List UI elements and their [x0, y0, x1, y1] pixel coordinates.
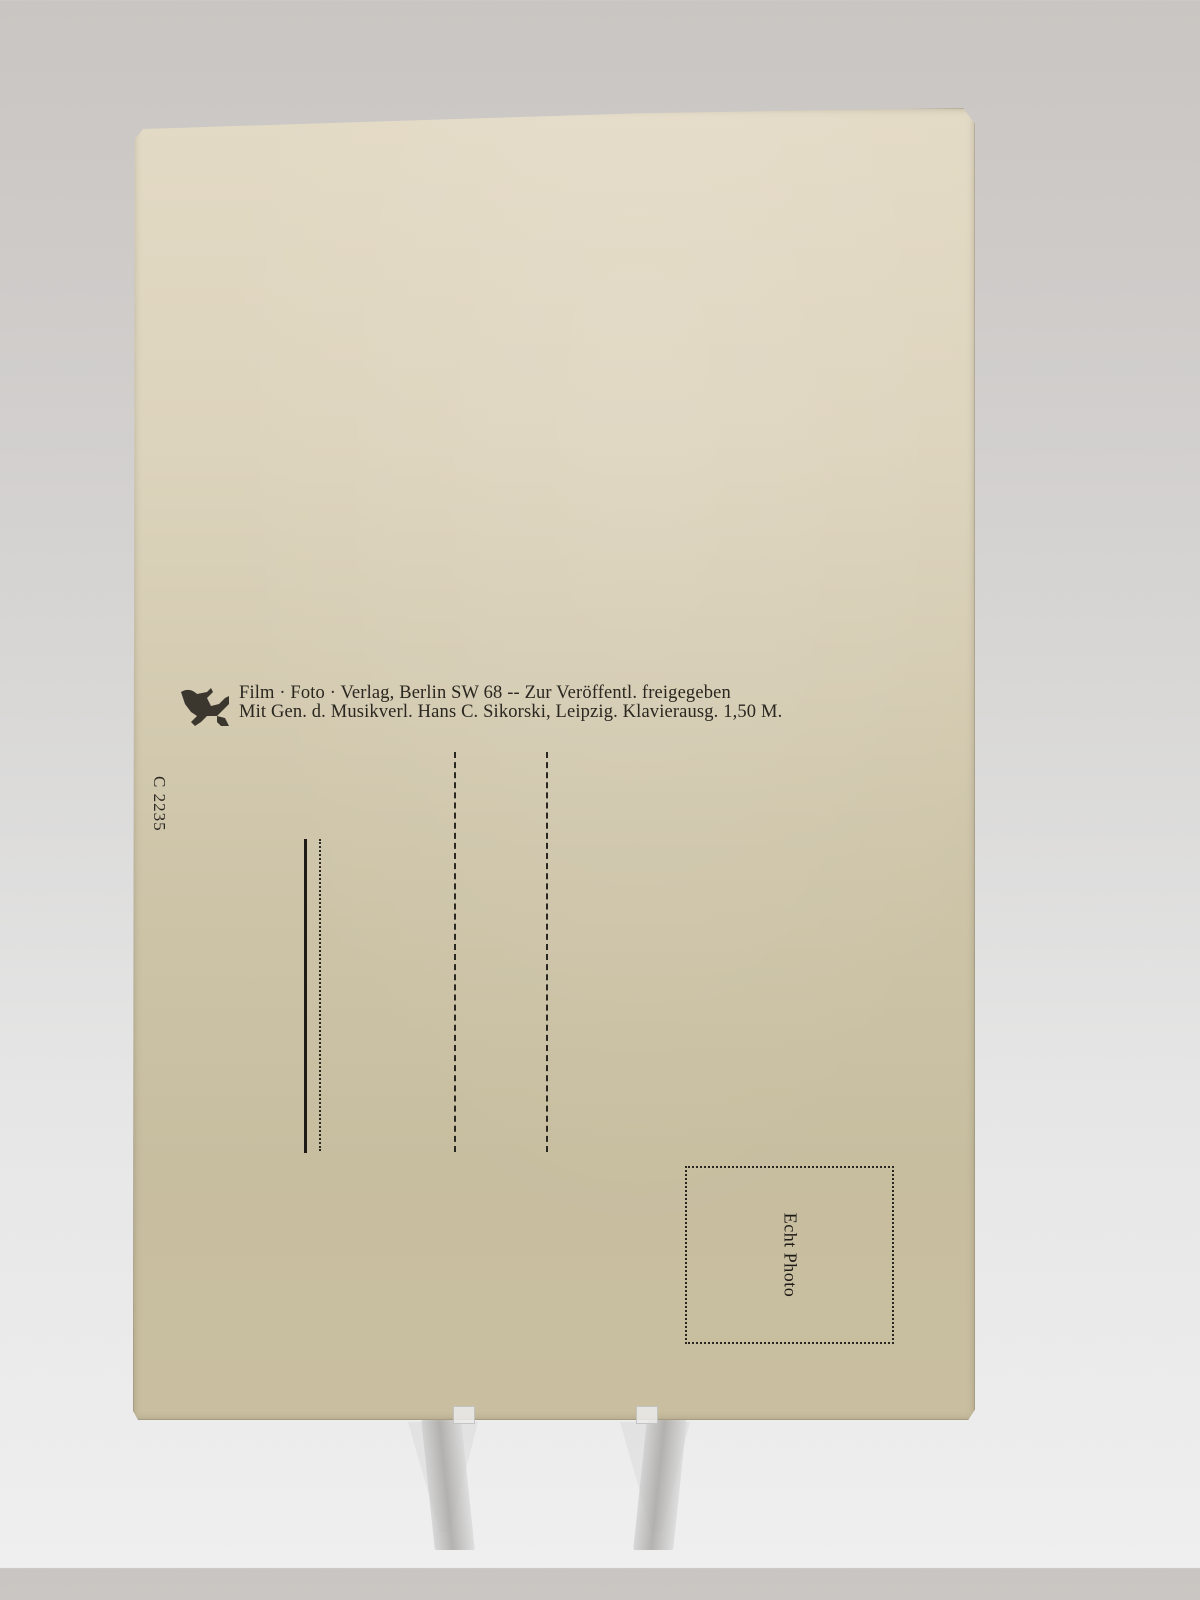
address-solid-divider [304, 839, 307, 1153]
stamp-box: Echt Photo [685, 1166, 894, 1344]
stamp-box-label: Echt Photo [779, 1213, 800, 1298]
dashed-divider-2 [454, 752, 456, 1152]
stand-tab-right [636, 1406, 658, 1424]
dashed-divider-3 [546, 752, 548, 1152]
catalog-number: C 2235 [149, 776, 169, 832]
dotted-divider-1 [319, 839, 321, 1151]
imprint-line-2: Mit Gen. d. Musikverl. Hans C. Sikorski,… [177, 703, 977, 722]
postcard-back: Film · Foto · Verlag, Berlin SW 68 -- Zu… [133, 108, 975, 1420]
imprint-line-1: Film · Foto · Verlag, Berlin SW 68 -- Zu… [177, 684, 977, 703]
stand-tab-left [453, 1406, 475, 1424]
publisher-imprint: Film · Foto · Verlag, Berlin SW 68 -- Zu… [177, 684, 977, 722]
